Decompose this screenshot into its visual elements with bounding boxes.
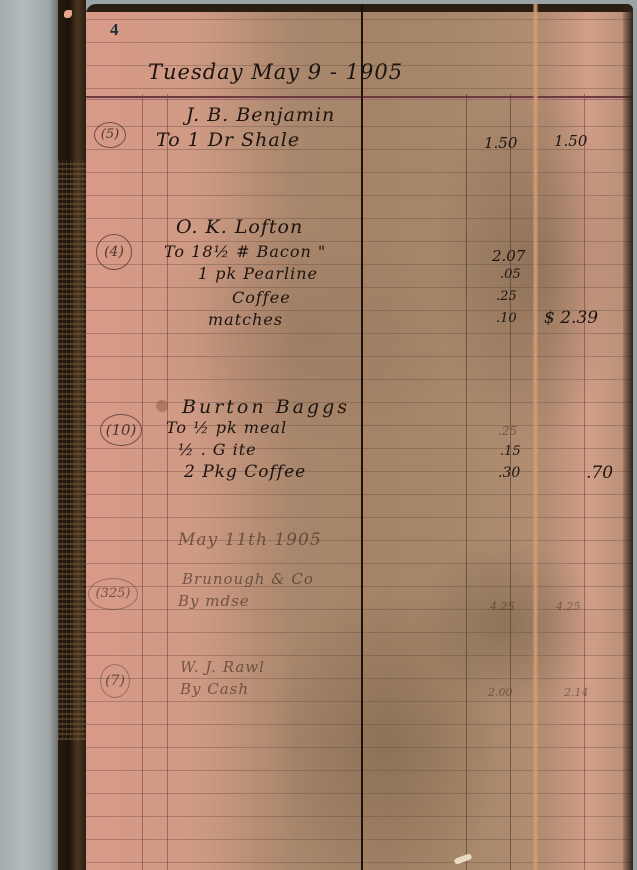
- item-amount: .25: [498, 424, 517, 438]
- entry-total: 2.14: [564, 686, 589, 699]
- description-margin-rule: [167, 94, 168, 870]
- binding-tear: [64, 10, 72, 18]
- header-rule-secondary: [86, 99, 633, 100]
- entry-ref: (10): [100, 414, 142, 446]
- entry-line: matches: [208, 310, 283, 329]
- sub-date: May 11th 1905: [178, 530, 322, 550]
- item-amount: .25: [496, 289, 517, 304]
- page-number: 4: [110, 20, 119, 40]
- page-top-edge: [86, 4, 633, 12]
- entry-line: To ½ pk meal: [166, 418, 287, 437]
- entry-name: Burton Baggs: [182, 396, 350, 418]
- total-column-rule: [584, 94, 585, 870]
- amount-column-rule-3: [533, 4, 538, 870]
- item-amount: .15: [500, 444, 521, 459]
- entry-ref: (7): [100, 664, 130, 698]
- item-amount: .05: [500, 267, 521, 282]
- ink-spot: [156, 400, 168, 412]
- entry-total: .70: [586, 463, 613, 483]
- center-fold-rule: [361, 4, 363, 870]
- item-amount: 2.07: [492, 247, 525, 265]
- entry-line: By mdse: [178, 592, 250, 610]
- cloth-spine-texture: [58, 160, 86, 740]
- entry-total: 1.50: [554, 132, 587, 150]
- page-right-edge: [623, 4, 633, 870]
- amount-column-rule-1: [466, 94, 467, 870]
- entry-name: W. J. Rawl: [180, 658, 265, 676]
- entry-name: O. K. Lofton: [176, 216, 303, 238]
- entry-ref: (5): [94, 122, 126, 148]
- entry-ref: (4): [96, 234, 132, 270]
- entry-line: Coffee: [232, 288, 291, 307]
- ref-column-rule: [142, 94, 143, 870]
- header-date: Tuesday May 9 - 1905: [148, 60, 403, 84]
- entry-total: $ 2.39: [544, 308, 598, 328]
- amount-column-rule-2: [510, 94, 511, 870]
- item-amount: 2.00: [488, 686, 513, 699]
- paper-chip: [454, 853, 473, 865]
- entry-line: 1 pk Pearline: [198, 264, 318, 283]
- header-rule: [86, 96, 633, 98]
- ledger-page: 4 Tuesday May 9 - 1905 (5) J. B. Benjami…: [86, 4, 633, 870]
- entry-line: ½ . G ite: [178, 440, 257, 459]
- entry-ref: (325): [88, 578, 138, 610]
- item-amount: .10: [496, 311, 517, 326]
- book-binding: [58, 0, 86, 870]
- entry-line: To 1 Dr Shale: [156, 129, 300, 151]
- entry-line: By Cash: [180, 680, 249, 698]
- desk-background: [0, 0, 58, 870]
- entry-total: 4.25: [556, 600, 581, 613]
- entry-line: 2 Pkg Coffee: [184, 462, 306, 482]
- entry-line: To 18½ # Bacon ": [164, 242, 326, 261]
- entry-name: J. B. Benjamin: [186, 104, 335, 126]
- item-amount: 4.25: [490, 600, 515, 613]
- entry-name: Brunough & Co: [182, 570, 314, 588]
- item-amount: .30: [498, 465, 520, 481]
- item-amount: 1.50: [484, 134, 517, 152]
